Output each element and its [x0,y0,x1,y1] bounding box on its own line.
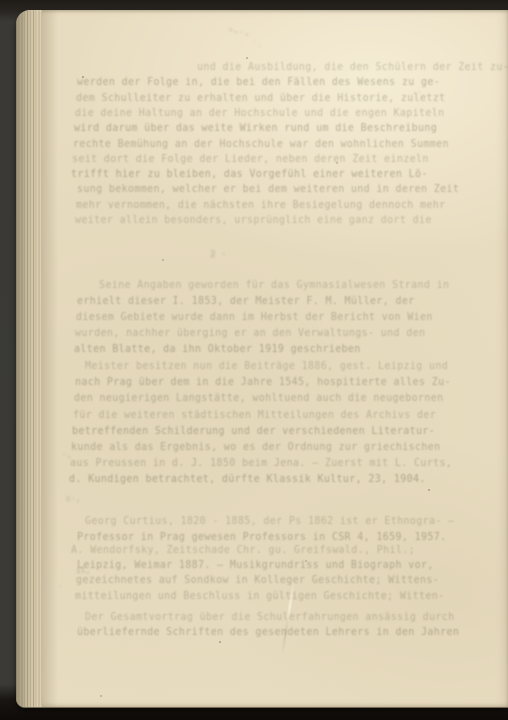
ghost-text-line: diesem Gebiete wurde dann im Herbst der … [76,312,433,325]
dust-speck [246,57,248,59]
dust-speck [219,641,221,643]
ghost-text-line: erhielt dieser I. 1853, der Meister F. M… [77,296,415,309]
ghost-text-line: rechte Bemühung an der Hochschule war de… [73,139,449,152]
ghost-text-line: und die Ausbildung, die den Schülern der… [197,62,508,75]
ghost-text-line: trifft hier zu bleiben, das Vorgefühl ei… [71,169,428,182]
ghost-text-line: Professor in Prag gewesen Professors in … [77,532,447,545]
ghost-text-line: gezeichnetes auf Sondkow in Kolleger Ges… [76,575,439,588]
pencil-smudge-mark: °~·, [228,28,250,38]
ghost-text-line: Seine Angaben geworden für das Gymnasial… [99,280,449,293]
ghost-text-line: sung bekommen, welcher er bei dem weiter… [77,184,459,197]
ghost-text-line: kunde als das Ergebnis, wo es der Ordnun… [71,442,441,455]
dust-speck [428,489,430,491]
ghost-text-line: die deine Haltung an der Hochschule und … [75,108,445,121]
ghost-text-line: überliefernde Schriften des gesendeten L… [77,627,459,640]
pencil-smudge-mark: ıl, [76,566,90,575]
ghost-text-line: mehr vernommen, die nächsten ihre Besieg… [76,200,446,213]
dust-speck [100,695,102,697]
ghost-text-line: mitteilungen und Beschluss in gültigen G… [75,591,445,604]
ghost-text-line: nach Prag über dem in die Jahre 1545, ho… [75,377,451,390]
ghost-text-line: weiter allein besonders, ursprünglich ei… [75,215,432,228]
scanned-book-photo: und die Ausbildung, die den Schülern der… [0,0,508,720]
ghost-text-line: wurden, nachher überging er an den Verwa… [75,328,425,341]
ghost-text-line: Georg Curtius, 1820 - 1885, der Ps 1862 … [85,516,455,529]
pencil-smudge-mark: .. [412,86,422,95]
ghost-text-line: wird darum über das weite Wirken rund um… [74,123,437,136]
ghost-text-line: dem Schulleiter zu erhalten und über die… [76,93,446,106]
book-page: und die Ausbildung, die den Schülern der… [16,10,508,707]
pencil-smudge-mark: 2 · [210,250,226,260]
ghost-text-line: A. Wendorfsky, Zeitschade Chr. gu. Greif… [71,545,415,558]
ghost-text-line: Meister besitzen nun die Beiträge 1886, … [85,361,448,374]
faded-text-area: und die Ausbildung, die den Schülern der… [16,10,508,707]
dust-speck [162,259,164,261]
pencil-smudge-mark: · [58,582,63,591]
pencil-smudge-mark: c·, [66,494,80,503]
ghost-text-line: den neugierigen Langstätte, wohltuend au… [74,393,444,406]
ghost-text-line: Der Gesamtvortrag über die Schulerfahrun… [85,612,455,625]
dust-speck [82,76,84,78]
pencil-smudge-mark: ·, [62,450,72,459]
ghost-text-line: d. Kundigen betrachtet, dürfte Klassik K… [69,474,426,487]
dust-speck [305,560,307,562]
ghost-text-line: Leipzig, Weimar 1887. — Musikgrundriss u… [77,560,434,573]
pencil-smudge-mark: ´. [252,40,262,49]
ghost-text-line: seit dort die Folge der Lieder, neben de… [72,154,429,167]
dust-speck [336,162,338,164]
ghost-text-line: für die weiteren städtischen Mitteilunge… [73,410,436,423]
ghost-text-line: betreffenden Schilderung und der verschi… [72,426,435,439]
ghost-text-line: werden der Folge in, die bei den Fällen … [77,77,440,90]
ghost-text-line: aus Preussen in d. J. 1850 beim Jena. — … [70,458,452,471]
ghost-text-line: alten Blatte, da ihn Oktober 1919 geschr… [74,344,361,357]
